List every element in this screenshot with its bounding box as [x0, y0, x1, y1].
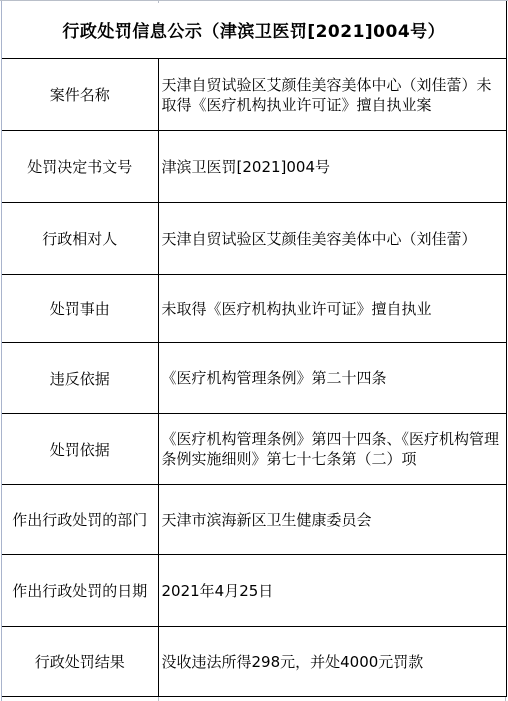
row-value[interactable]: 天津市滨海新区卫生健康委员会 [158, 485, 506, 555]
row-label[interactable]: 行政处罚结果 [2, 627, 158, 697]
row-label[interactable]: 作出行政处罚的日期 [2, 555, 158, 627]
row-value[interactable]: 2021年4月25日 [158, 555, 506, 627]
row-value[interactable]: 天津自贸试验区艾颜佳美容美体中心（刘佳蕾）未取得《医疗机构执业许可证》擅自执业案 [158, 59, 506, 131]
penalty-notice-table: 行政处罚信息公示（津滨卫医罚[2021]004号） 案件名称 天津自贸试验区艾颜… [2, 1, 507, 697]
row-value[interactable]: 《医疗机构管理条例》第四十四条、《医疗机构管理条例实施细则》第七十七条第（二）项 [158, 414, 506, 485]
row-value[interactable]: 天津自贸试验区艾颜佳美容美体中心（刘佳蕾） [158, 203, 506, 275]
table-row-penalty-date: 作出行政处罚的日期 2021年4月25日 [2, 555, 506, 627]
row-label[interactable]: 行政相对人 [2, 203, 158, 275]
table-row-penalty-reason: 处罚事由 未取得《医疗机构执业许可证》擅自执业 [2, 275, 506, 343]
row-label[interactable]: 处罚决定书文号 [2, 131, 158, 203]
table-row-penalty-basis: 处罚依据 《医疗机构管理条例》第四十四条、《医疗机构管理条例实施细则》第七十七条… [2, 414, 506, 485]
notice-title[interactable]: 行政处罚信息公示（津滨卫医罚[2021]004号） [2, 1, 506, 59]
title-row: 行政处罚信息公示（津滨卫医罚[2021]004号） [2, 1, 506, 59]
table-row-decision-number: 处罚决定书文号 津滨卫医罚[2021]004号 [2, 131, 506, 203]
row-label[interactable]: 违反依据 [2, 343, 158, 414]
table-row-counterparty: 行政相对人 天津自贸试验区艾颜佳美容美体中心（刘佳蕾） [2, 203, 506, 275]
sheet-column-gridline-tick [505, 697, 506, 701]
row-value[interactable]: 津滨卫医罚[2021]004号 [158, 131, 506, 203]
row-label[interactable]: 处罚依据 [2, 414, 158, 485]
row-label[interactable]: 处罚事由 [2, 275, 158, 343]
sheet-column-gridline-tick [158, 697, 159, 701]
table-row-department: 作出行政处罚的部门 天津市滨海新区卫生健康委员会 [2, 485, 506, 555]
table-row-violation-basis: 违反依据 《医疗机构管理条例》第二十四条 [2, 343, 506, 414]
row-label[interactable]: 案件名称 [2, 59, 158, 131]
table-row-penalty-result: 行政处罚结果 没收违法所得298元，并处4000元罚款 [2, 627, 506, 697]
row-value[interactable]: 没收违法所得298元，并处4000元罚款 [158, 627, 506, 697]
table-row-case-name: 案件名称 天津自贸试验区艾颜佳美容美体中心（刘佳蕾）未取得《医疗机构执业许可证》… [2, 59, 506, 131]
row-value[interactable]: 《医疗机构管理条例》第二十四条 [158, 343, 506, 414]
row-label[interactable]: 作出行政处罚的部门 [2, 485, 158, 555]
penalty-notice-sheet: 行政处罚信息公示（津滨卫医罚[2021]004号） 案件名称 天津自贸试验区艾颜… [2, 1, 506, 697]
row-value[interactable]: 未取得《医疗机构执业许可证》擅自执业 [158, 275, 506, 343]
